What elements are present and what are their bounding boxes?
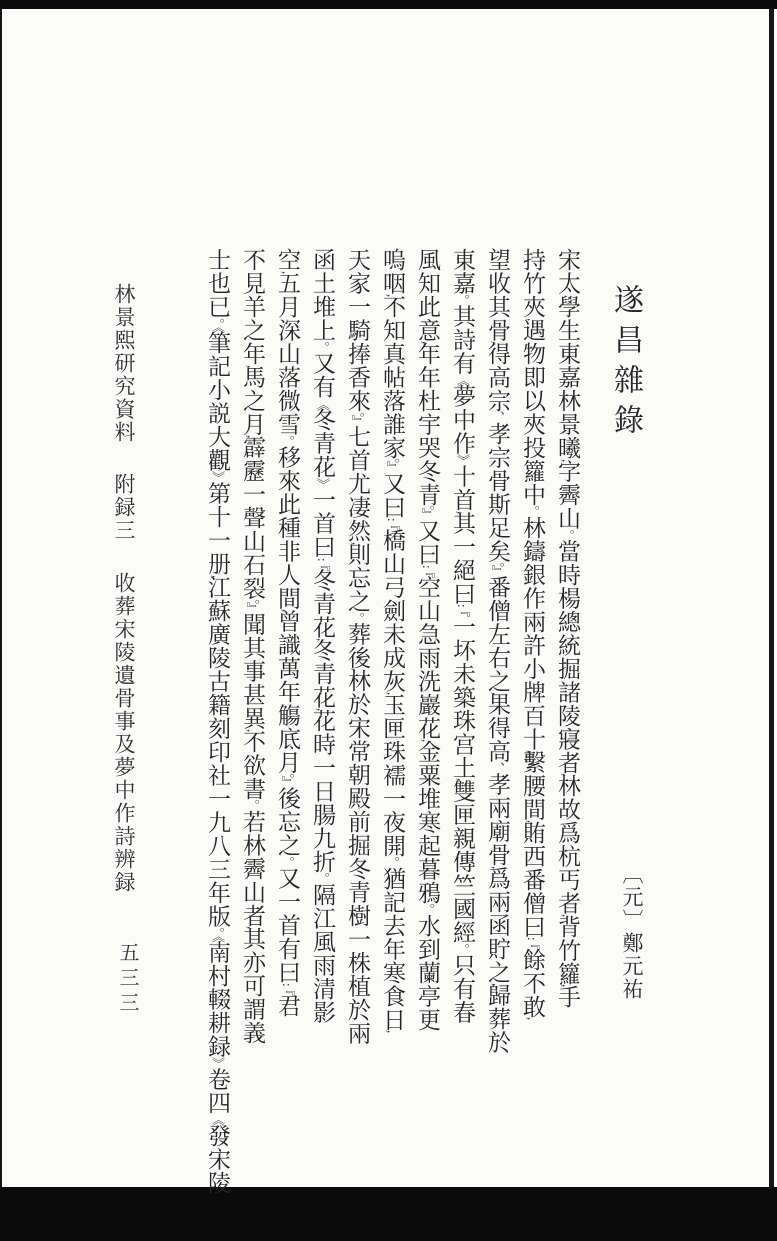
- scan-border-top: [0, 0, 777, 9]
- scan-border-bottom: [0, 1187, 777, 1241]
- text-column: 天家一騎捧香來。』七首尤凄然,則忘之。葬後,林於宋常朝殿前掘冬青樹一株,植於兩: [340, 248, 375, 1070]
- scan-edge-left: [0, 9, 2, 1187]
- scanned-book-page: 遂昌雜錄 〔元〕鄭元祐 宋太學生東嘉林景曦,字霽山。當時楊總統掘諸陵寢者,林故爲…: [0, 0, 777, 1241]
- text-column: 士也已。《筆記小説大觀》第十一册,江蘇廣陵古籍刻印社一九八三年版。《南村輟耕録》…: [200, 248, 235, 1070]
- text-column: 不見羊之年,馬之月,霹靂一聲山石裂。』聞其事甚異,不欲書。若林霽山者,其亦可謂義: [235, 248, 270, 1070]
- book-title: 遂昌雜錄: [603, 284, 647, 444]
- body-columns: 宋太學生東嘉林景曦,字霽山。當時楊總統掘諸陵寢者,林故爲杭丐者,背竹籮,手持竹夾…: [200, 248, 585, 1070]
- margin-header: 林景熙研究資料 附録三 收葬宋陵遺骨事及夢中作詩辨録: [109, 283, 139, 894]
- text-column: 風知此意,年年杜宇哭冬青。』又曰:『空山急雨洗巖花,金粟堆寒起暮鴉。水到蘭亭更: [410, 248, 445, 1070]
- margin-series-title: 林景熙研究資料: [112, 283, 136, 444]
- page-number: 五三三: [113, 942, 142, 1017]
- margin-section-label: 附録三: [112, 473, 136, 542]
- text-column: 嗚咽,不知真帖落誰家。』又曰:『橋山弓劍未成灰,玉匣珠襦一夜開。猶記去年寒食日,: [375, 248, 410, 1070]
- margin-chapter-title: 收葬宋陵遺骨事及夢中作詩辨録: [112, 572, 136, 894]
- scan-edge-right: [769, 9, 774, 1187]
- book-author: 〔元〕鄭元祐: [617, 863, 647, 1001]
- text-column: 函土堆上。又有《冬青花》一首曰:『冬青花,冬青花,花時一日腸九折。隔江風雨清影: [305, 248, 340, 1070]
- text-column: 持竹夾,遇物即以夾投籮中。林鑄銀作兩許小牌百十,繫腰間,賄西番僧曰:『餘不敢,: [515, 248, 550, 1070]
- text-column: 空,五月深山落微雪。移來此種非人間,曾識萬年觴底月。』後忘之。又一首有曰:『君: [270, 248, 305, 1070]
- text-column: 宋太學生東嘉林景曦,字霽山。當時楊總統掘諸陵寢者,林故爲杭丐者,背竹籮,手: [550, 248, 585, 1070]
- text-column: 望收其骨,得高宗、孝宗骨斯足矣。』番僧左右之,果得高、孝兩廟骨,爲兩函貯之,歸葬…: [480, 248, 515, 1070]
- text-column: 東嘉。其詩有《夢中作》十首,其一絕曰:『一坏未築珠宫土,雙匣親傳竺國經。只有春: [445, 248, 480, 1070]
